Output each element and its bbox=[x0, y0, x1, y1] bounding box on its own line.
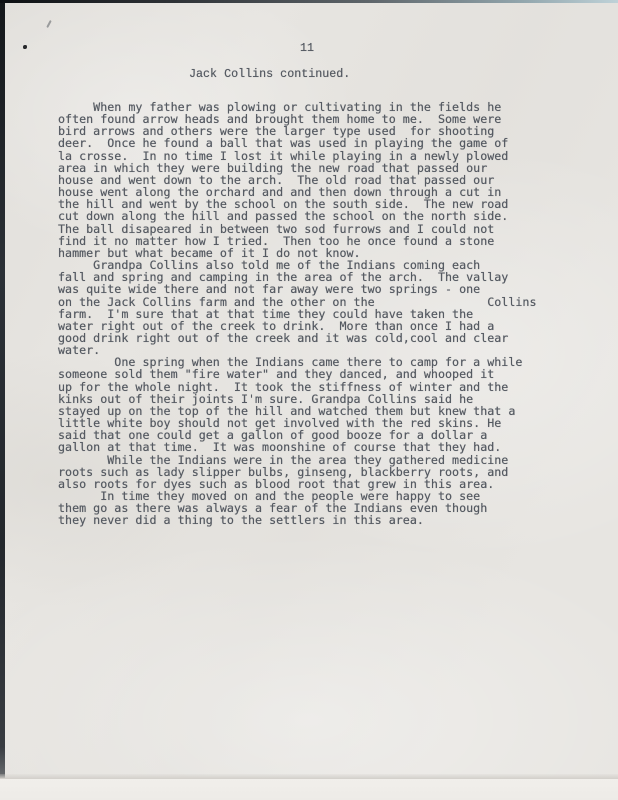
text-line: farm. I'm sure that at that time they co… bbox=[58, 308, 536, 320]
text-line: someone sold them "fire water" and they … bbox=[58, 368, 536, 380]
text-line: good drink right out of the creek and it… bbox=[58, 332, 536, 344]
page-number: 11 bbox=[300, 42, 314, 54]
scan-edge-top bbox=[0, 0, 618, 3]
text-line: they never did a thing to the settlers i… bbox=[58, 514, 536, 526]
scanned-page: 11 Jack Collins continued. When my fathe… bbox=[0, 0, 618, 800]
page-heading: Jack Collins continued. bbox=[189, 68, 350, 80]
text-line: While the Indians were in the area they … bbox=[58, 454, 536, 466]
text-line: gallon at that time. It was moonshine of… bbox=[58, 441, 536, 453]
scan-bottom-strip bbox=[0, 779, 618, 800]
ink-speck bbox=[23, 45, 27, 49]
scan-edge-left bbox=[0, 0, 5, 778]
typewritten-text: When my father was plowing or cultivatin… bbox=[58, 101, 536, 526]
text-line: on the Jack Collins farm and the other o… bbox=[58, 296, 536, 308]
text-line: up for the whole night. It took the stif… bbox=[58, 381, 536, 393]
pen-mark bbox=[46, 20, 52, 28]
text-line: cut down along the hill and passed the s… bbox=[58, 210, 536, 222]
text-line: was quite wide there and not far away we… bbox=[58, 283, 536, 295]
text-line: The ball disapeared in between two sod f… bbox=[58, 223, 536, 235]
text-line: la crosse. In no time I lost it while pl… bbox=[58, 150, 536, 162]
text-line: deer. Once he found a ball that was used… bbox=[58, 137, 536, 149]
